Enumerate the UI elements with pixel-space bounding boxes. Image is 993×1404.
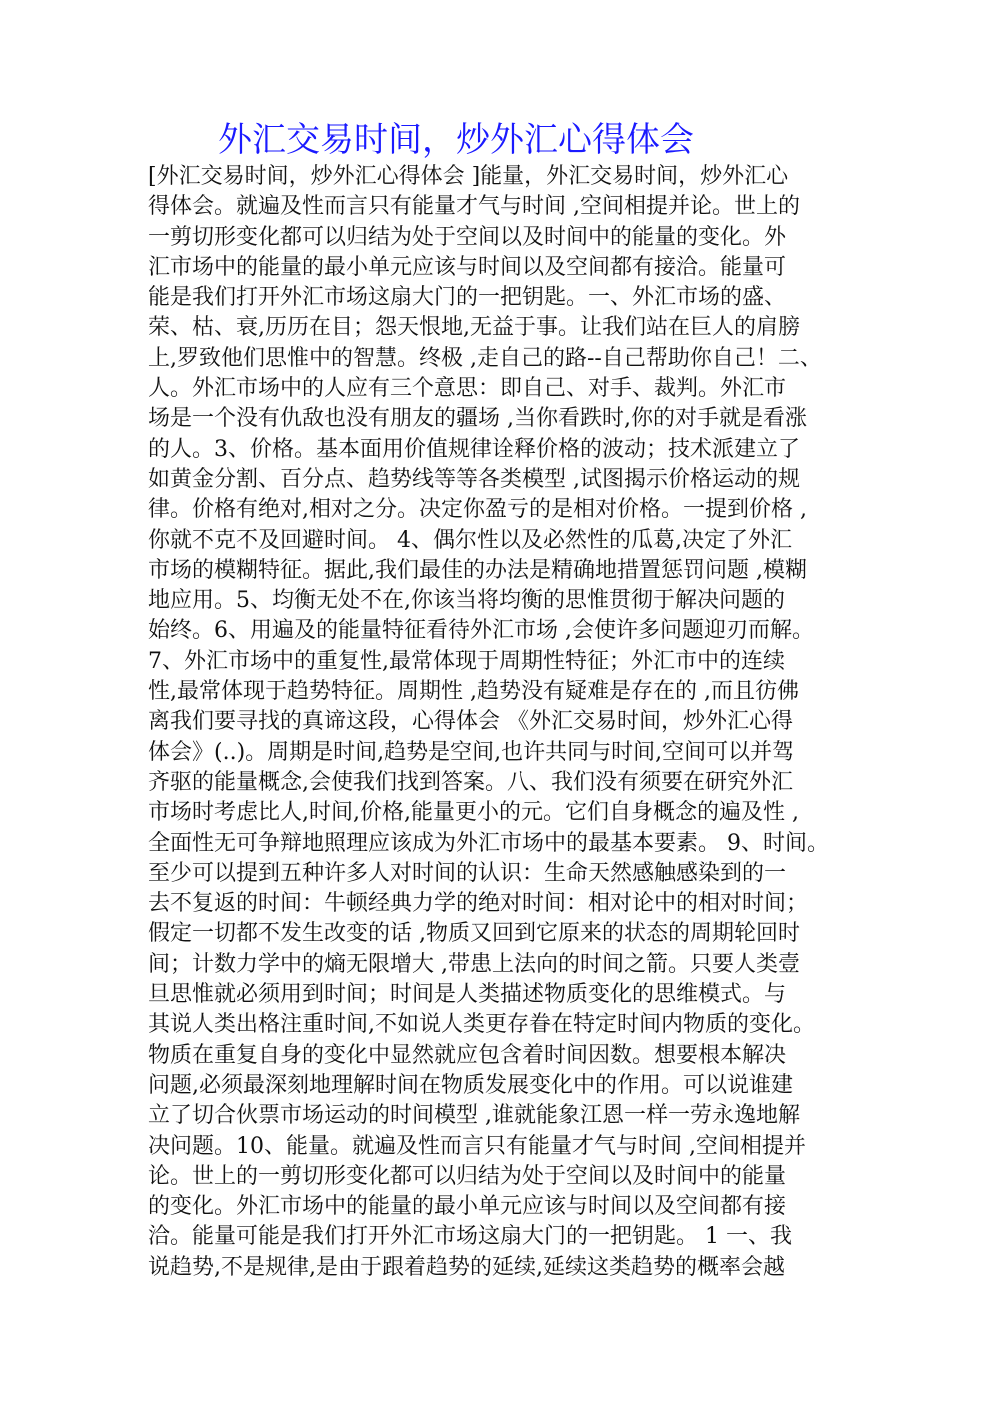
text-line: 始终。6、用遍及的能量特征看待外汇市场 ,会使许多问题迎刃而解。: [148, 616, 868, 646]
text-line: 至少可以提到五种许多人对时间的认识：生命天然感触感染到的一: [148, 859, 868, 889]
text-line: 得体会。就遍及性而言只有能量才气与时间 ,空间相提并论。世上的: [148, 192, 868, 222]
text-line: 决问题。10、能量。就遍及性而言只有能量才气与时间 ,空间相提并: [148, 1132, 868, 1162]
text-line: 汇市场中的能量的最小单元应该与时间以及空间都有接洽。能量可: [148, 253, 868, 283]
document-body: [外汇交易时间，炒外汇心得体会 ]能量，外汇交易时间，炒外汇心得体会。就遍及性而…: [148, 162, 868, 1283]
text-line: 荣、枯、衰,历历在目；怨天恨地,无益于事。让我们站在巨人的肩膀: [148, 313, 868, 343]
text-line: 的人。3、价格。基本面用价值规律诠释价格的波动；技术派建立了: [148, 435, 868, 465]
text-line: 市场时考虑比人,时间,价格,能量更小的元。它们自身概念的遍及性 ,: [148, 798, 868, 828]
text-line: 人。外汇市场中的人应有三个意思：即自己、对手、裁判。外汇市: [148, 374, 868, 404]
text-line: 说趋势,不是规律,是由于跟着趋势的延续,延续这类趋势的概率会越: [148, 1253, 868, 1283]
text-line: 旦思惟就必须用到时间；时间是人类描述物质变化的思维模式。与: [148, 980, 868, 1010]
text-line: 间；计数力学中的熵无限增大 ,带患上法向的时间之箭。只要人类壹: [148, 950, 868, 980]
text-line: 体会》(..)。周期是时间,趋势是空间,也许共同与时间,空间可以并驾: [148, 738, 868, 768]
document-page: 外汇交易时间，炒外汇心得体会 [外汇交易时间，炒外汇心得体会 ]能量，外汇交易时…: [0, 0, 993, 1404]
text-line: 论。世上的一剪切形变化都可以归结为处于空间以及时间中的能量: [148, 1162, 868, 1192]
text-line: 能是我们打开外汇市场这扇大门的一把钥匙。一、外汇市场的盛、: [148, 283, 868, 313]
text-line: 一剪切形变化都可以归结为处于空间以及时间中的能量的变化。外: [148, 223, 868, 253]
document-title: 外汇交易时间，炒外汇心得体会: [218, 118, 694, 162]
text-line: 物质在重复自身的变化中显然就应包含着时间因数。想要根本解决: [148, 1041, 868, 1071]
text-line: 洽。能量可能是我们打开外汇市场这扇大门的一把钥匙。 1 一、我: [148, 1222, 868, 1252]
text-line: 立了切合伙票市场运动的时间模型 ,谁就能象江恩一样一劳永逸地解: [148, 1101, 868, 1131]
text-line: 律。价格有绝对,相对之分。决定你盈亏的是相对价格。一提到价格 ,: [148, 495, 868, 525]
text-line: 其说人类出格注重时间,不如说人类更存眷在特定时间内物质的变化。: [148, 1010, 868, 1040]
text-line: 市场的模糊特征。据此,我们最佳的办法是精确地措置惩罚问题 ,模糊: [148, 556, 868, 586]
text-line: 上,罗致他们思惟中的智慧。终极 ,走自己的路--自己帮助你自己！二、: [148, 344, 868, 374]
text-line: 离我们要寻找的真谛这段，心得体会 《外汇交易时间，炒外汇心得: [148, 707, 868, 737]
text-line: 如黄金分割、百分点、趋势线等等各类模型 ,试图揭示价格运动的规: [148, 465, 868, 495]
text-line: 去不复返的时间：牛顿经典力学的绝对时间：相对论中的相对时间；: [148, 889, 868, 919]
text-line: [外汇交易时间，炒外汇心得体会 ]能量，外汇交易时间，炒外汇心: [148, 162, 868, 192]
text-line: 性,最常体现于趋势特征。周期性 ,趋势没有疑难是存在的 ,而且彷佛: [148, 677, 868, 707]
text-line: 问题,必须最深刻地理解时间在物质发展变化中的作用。可以说谁建: [148, 1071, 868, 1101]
text-line: 地应用。5、均衡无处不在,你该当将均衡的思惟贯彻于解决问题的: [148, 586, 868, 616]
text-line: 全面性无可争辩地照理应该成为外汇市场中的最基本要素。 9、时间。: [148, 829, 868, 859]
text-line: 场是一个没有仇敌也没有朋友的疆场 ,当你看跌时,你的对手就是看涨: [148, 404, 868, 434]
text-line: 齐驱的能量概念,会使我们找到答案。八、我们没有须要在研究外汇: [148, 768, 868, 798]
text-line: 7、外汇市场中的重复性,最常体现于周期性特征；外汇市中的连续: [148, 647, 868, 677]
text-line: 假定一切都不发生改变的话 ,物质又回到它原来的状态的周期轮回时: [148, 919, 868, 949]
text-line: 的变化。外汇市场中的能量的最小单元应该与时间以及空间都有接: [148, 1192, 868, 1222]
text-line: 你就不克不及回避时间。 4、偶尔性以及必然性的瓜葛,决定了外汇: [148, 526, 868, 556]
